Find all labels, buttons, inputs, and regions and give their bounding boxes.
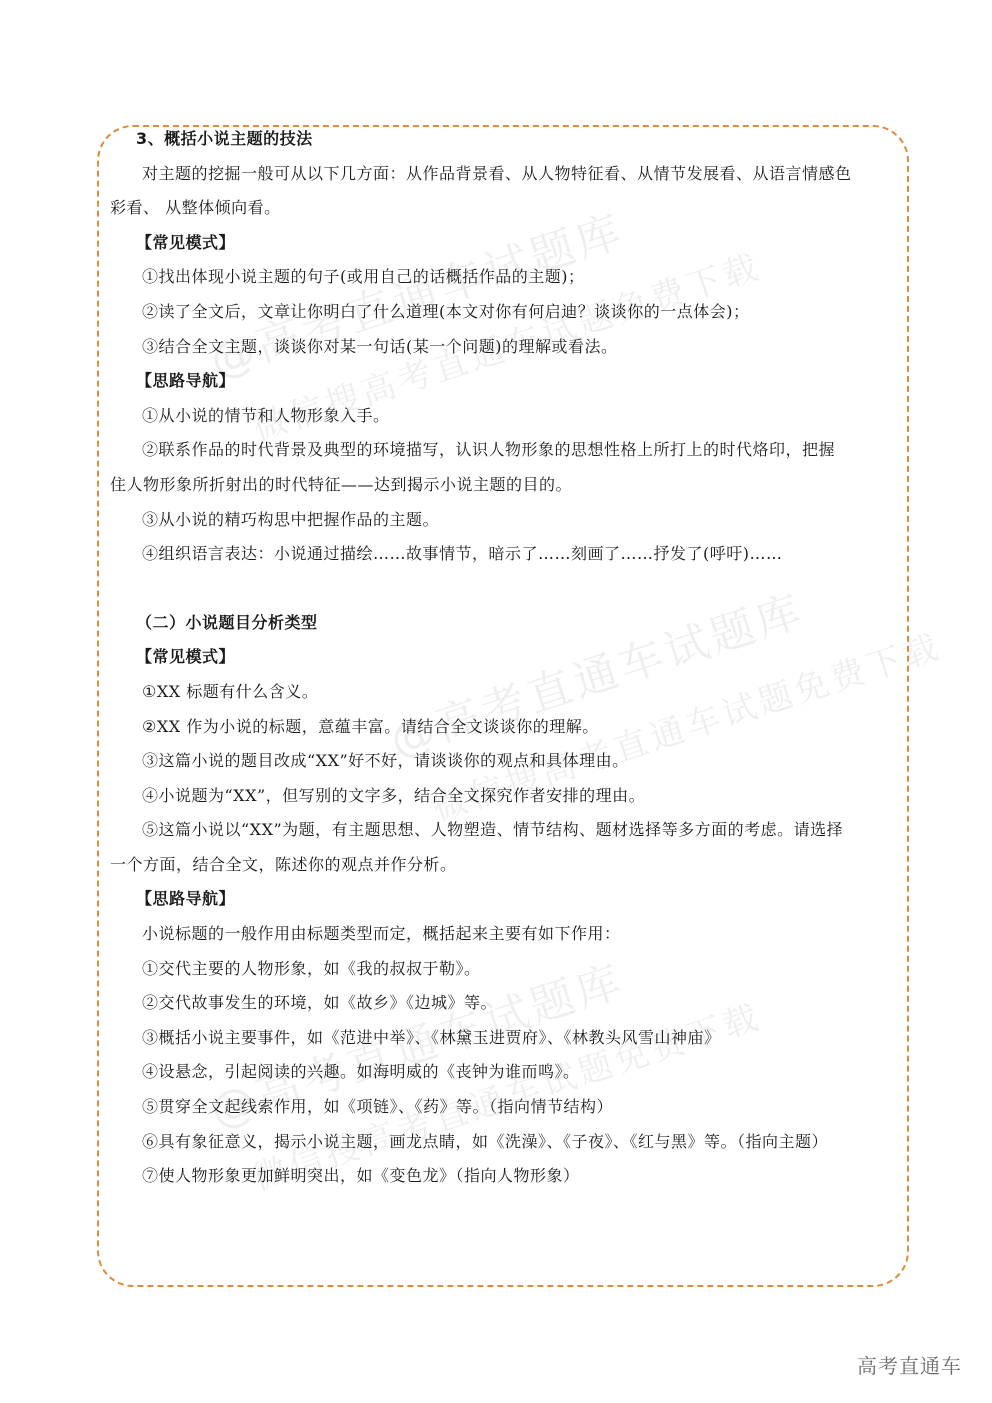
paragraph-line: 小说标题的一般作用由标题类型而定，概括起来主要有如下作用： <box>110 917 890 952</box>
list-item: ①从小说的情节和人物形象入手。 <box>110 399 890 434</box>
list-item: ⑤这篇小说以“XX”为题，有主题思想、人物塑造、情节结构、题材选择等多方面的考虑… <box>110 813 890 848</box>
list-item: ③这篇小说的题目改成“XX”好不好，请谈谈你的观点和具体理由。 <box>110 744 890 779</box>
paragraph-line: 彩看、 从整体倾向看。 <box>110 191 890 226</box>
list-item: ④组织语言表达：小说通过描绘……故事情节，暗示了……刻画了……抒发了(呼吁)…… <box>110 537 890 572</box>
subheading-common-patterns: 【常见模式】 <box>110 226 890 261</box>
list-item-continuation: 一个方面，结合全文，陈述你的观点并作分析。 <box>110 848 890 883</box>
list-item: ⑤贯穿全文起线索作用，如《项链》、《药》等。（指向情节结构） <box>110 1090 890 1125</box>
list-item: ③概括小说主要事件，如《范进中举》、《林黛玉进贾府》、《林教头风雪山神庙》 <box>110 1021 890 1056</box>
list-item-continuation: 住人物形象所折射出的时代特征——达到揭示小说主题的目的。 <box>110 468 890 503</box>
list-item: ②交代故事发生的环境，如《故乡》《边城》等。 <box>110 986 890 1021</box>
list-item: ①XX 标题有什么含义。 <box>110 675 890 710</box>
list-item: ⑦使人物形象更加鲜明突出，如《变色龙》（指向人物形象） <box>110 1159 890 1194</box>
footer-brand: 高考直通车 <box>857 1350 962 1379</box>
section-heading: （二）小说题目分析类型 <box>110 606 890 641</box>
list-item: ①交代主要的人物形象，如《我的叔叔于勒》。 <box>110 952 890 987</box>
list-item: ②XX 作为小说的标题，意蕴丰富。请结合全文谈谈你的理解。 <box>110 710 890 745</box>
list-item: ②读了全文后，文章让你明白了什么道理(本文对你有何启迪？谈谈你的一点体会)； <box>110 295 890 330</box>
subheading-thinking-guide: 【思路导航】 <box>110 364 890 399</box>
list-item: ④设悬念，引起阅读的兴趣。如海明威的《丧钟为谁而鸣》。 <box>110 1055 890 1090</box>
list-item: ③结合全文主题，谈谈你对某一句话(某一个问题)的理解或看法。 <box>110 330 890 365</box>
document-body: 3、概括小说主题的技法 对主题的挖掘一般可从以下几方面：从作品背景看、从人物特征… <box>110 122 890 1194</box>
list-item: ②联系作品的时代背景及典型的环境描写，认识人物形象的思想性格上所打上的时代烙印，… <box>110 433 890 468</box>
list-item: ③从小说的精巧构思中把握作品的主题。 <box>110 503 890 538</box>
list-item: ⑥具有象征意义，揭示小说主题，画龙点睛，如《洗澡》、《子夜》、《红与黑》等。（指… <box>110 1125 890 1160</box>
subheading-common-patterns: 【常见模式】 <box>110 640 890 675</box>
section-heading: 3、概括小说主题的技法 <box>110 122 890 157</box>
list-item: ④小说题为“XX”，但写别的文字多，结合全文探究作者安排的理由。 <box>110 779 890 814</box>
subheading-thinking-guide: 【思路导航】 <box>110 882 890 917</box>
list-item: ①找出体现小说主题的句子(或用自己的话概括作品的主题)； <box>110 260 890 295</box>
paragraph-line: 对主题的挖掘一般可从以下几方面：从作品背景看、从人物特征看、从情节发展看、从语言… <box>110 157 890 192</box>
